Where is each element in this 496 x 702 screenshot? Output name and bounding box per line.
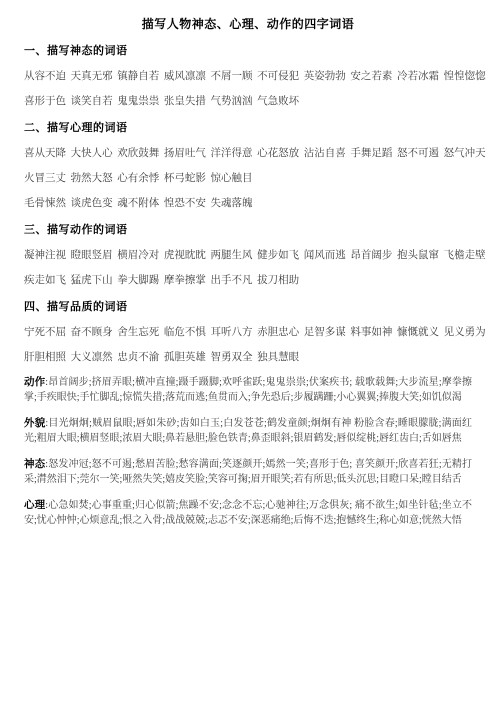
word-line: 火冒三丈 勃然大怒 心有余悸 杯弓蛇影 惊心触目 [24,172,472,185]
paragraph-shentai: 神态:怒发冲冠;怒不可遏;愁眉苦脸;愁容满面;笑逐颜开;嫣然一笑;喜形于色; 喜… [24,457,472,487]
document-page: 描写人物神态、心理、动作的四字词语 一、描写神态的词语 从容不迫 天真无邪 镇静… [0,0,496,702]
word-line: 疾走如飞 猛虎下山 拳大脚踢 摩拳擦掌 出手不凡 拔刀相助 [24,274,472,287]
paragraph-text: :心急如焚;心事重重;归心似箭;焦躁不安;念念不忘;心驰神往;万念俱灰; 痛不欲… [24,500,472,526]
paragraph-text: :目光炯炯;贼眉鼠眼;唇如朱砂;齿如白玉;白发苍苍;鹤发童颜;炯炯有神 粉脸含春… [24,418,472,444]
paragraph-text: :怒发冲冠;怒不可遏;愁眉苦脸;愁容满面;笑逐颜开;嫣然一笑;喜形于色; 喜笑颜… [24,459,472,485]
paragraph-text: :昂首阔步;挤眉弄眼;横冲直撞;蹑手蹑脚;欢呼雀跃;鬼鬼祟祟;伏案疾书; 载歌载… [24,377,472,403]
paragraph-label: 心理 [24,500,45,511]
section-heading-xinli: 二、描写心理的词语 [24,122,472,135]
labeled-paragraphs: 动作:昂首阔步;挤眉弄眼;横冲直撞;蹑手蹑脚;欢呼雀跃;鬼鬼祟祟;伏案疾书; 载… [24,375,472,528]
word-line: 从容不迫 天真无邪 镇静自若 威风凛凛 不屑一顾 不可侵犯 英姿勃勃 安之若素 … [24,70,472,83]
paragraph-xinli: 心理:心急如焚;心事重重;归心似箭;焦躁不安;念念不忘;心驰神往;万念俱灰; 痛… [24,498,472,528]
word-line: 凝神注视 瞪眼竖眉 横眉冷对 虎视眈眈 两腿生风 健步如飞 闻风而逃 昂首阔步 … [24,249,472,262]
word-line: 毛骨悚然 谈虎色变 魂不附体 惶恐不安 失魂落魄 [24,197,472,210]
paragraph-dongzuo: 动作:昂首阔步;挤眉弄眼;横冲直撞;蹑手蹑脚;欢呼雀跃;鬼鬼祟祟;伏案疾书; 载… [24,375,472,405]
paragraph-label: 外貌 [24,418,45,429]
word-line: 肝胆相照 大义凛然 忠贞不渝 孤胆英雄 智勇双全 独具慧眼 [24,351,472,364]
section-heading-shentai: 一、描写神态的词语 [24,45,472,58]
word-line: 喜形于色 谈笑自若 鬼鬼祟祟 张皇失措 气势汹汹 气急败坏 [24,95,472,108]
word-line: 喜从天降 大快人心 欢欣鼓舞 扬眉吐气 洋洋得意 心花怒放 沾沾自喜 手舞足蹈 … [24,147,472,160]
document-title: 描写人物神态、心理、动作的四字词语 [24,17,472,31]
section-heading-pinzhi: 四、描写品质的词语 [24,301,472,314]
paragraph-label: 动作 [24,377,45,388]
section-heading-dongzuo: 三、描写动作的词语 [24,224,472,237]
word-line: 宁死不屈 奋不顾身 舍生忘死 临危不惧 耳听八方 赤胆忠心 足智多谋 料事如神 … [24,326,472,339]
paragraph-waimao: 外貌:目光炯炯;贼眉鼠眼;唇如朱砂;齿如白玉;白发苍苍;鹤发童颜;炯炯有神 粉脸… [24,416,472,446]
paragraph-label: 神态 [24,459,45,470]
